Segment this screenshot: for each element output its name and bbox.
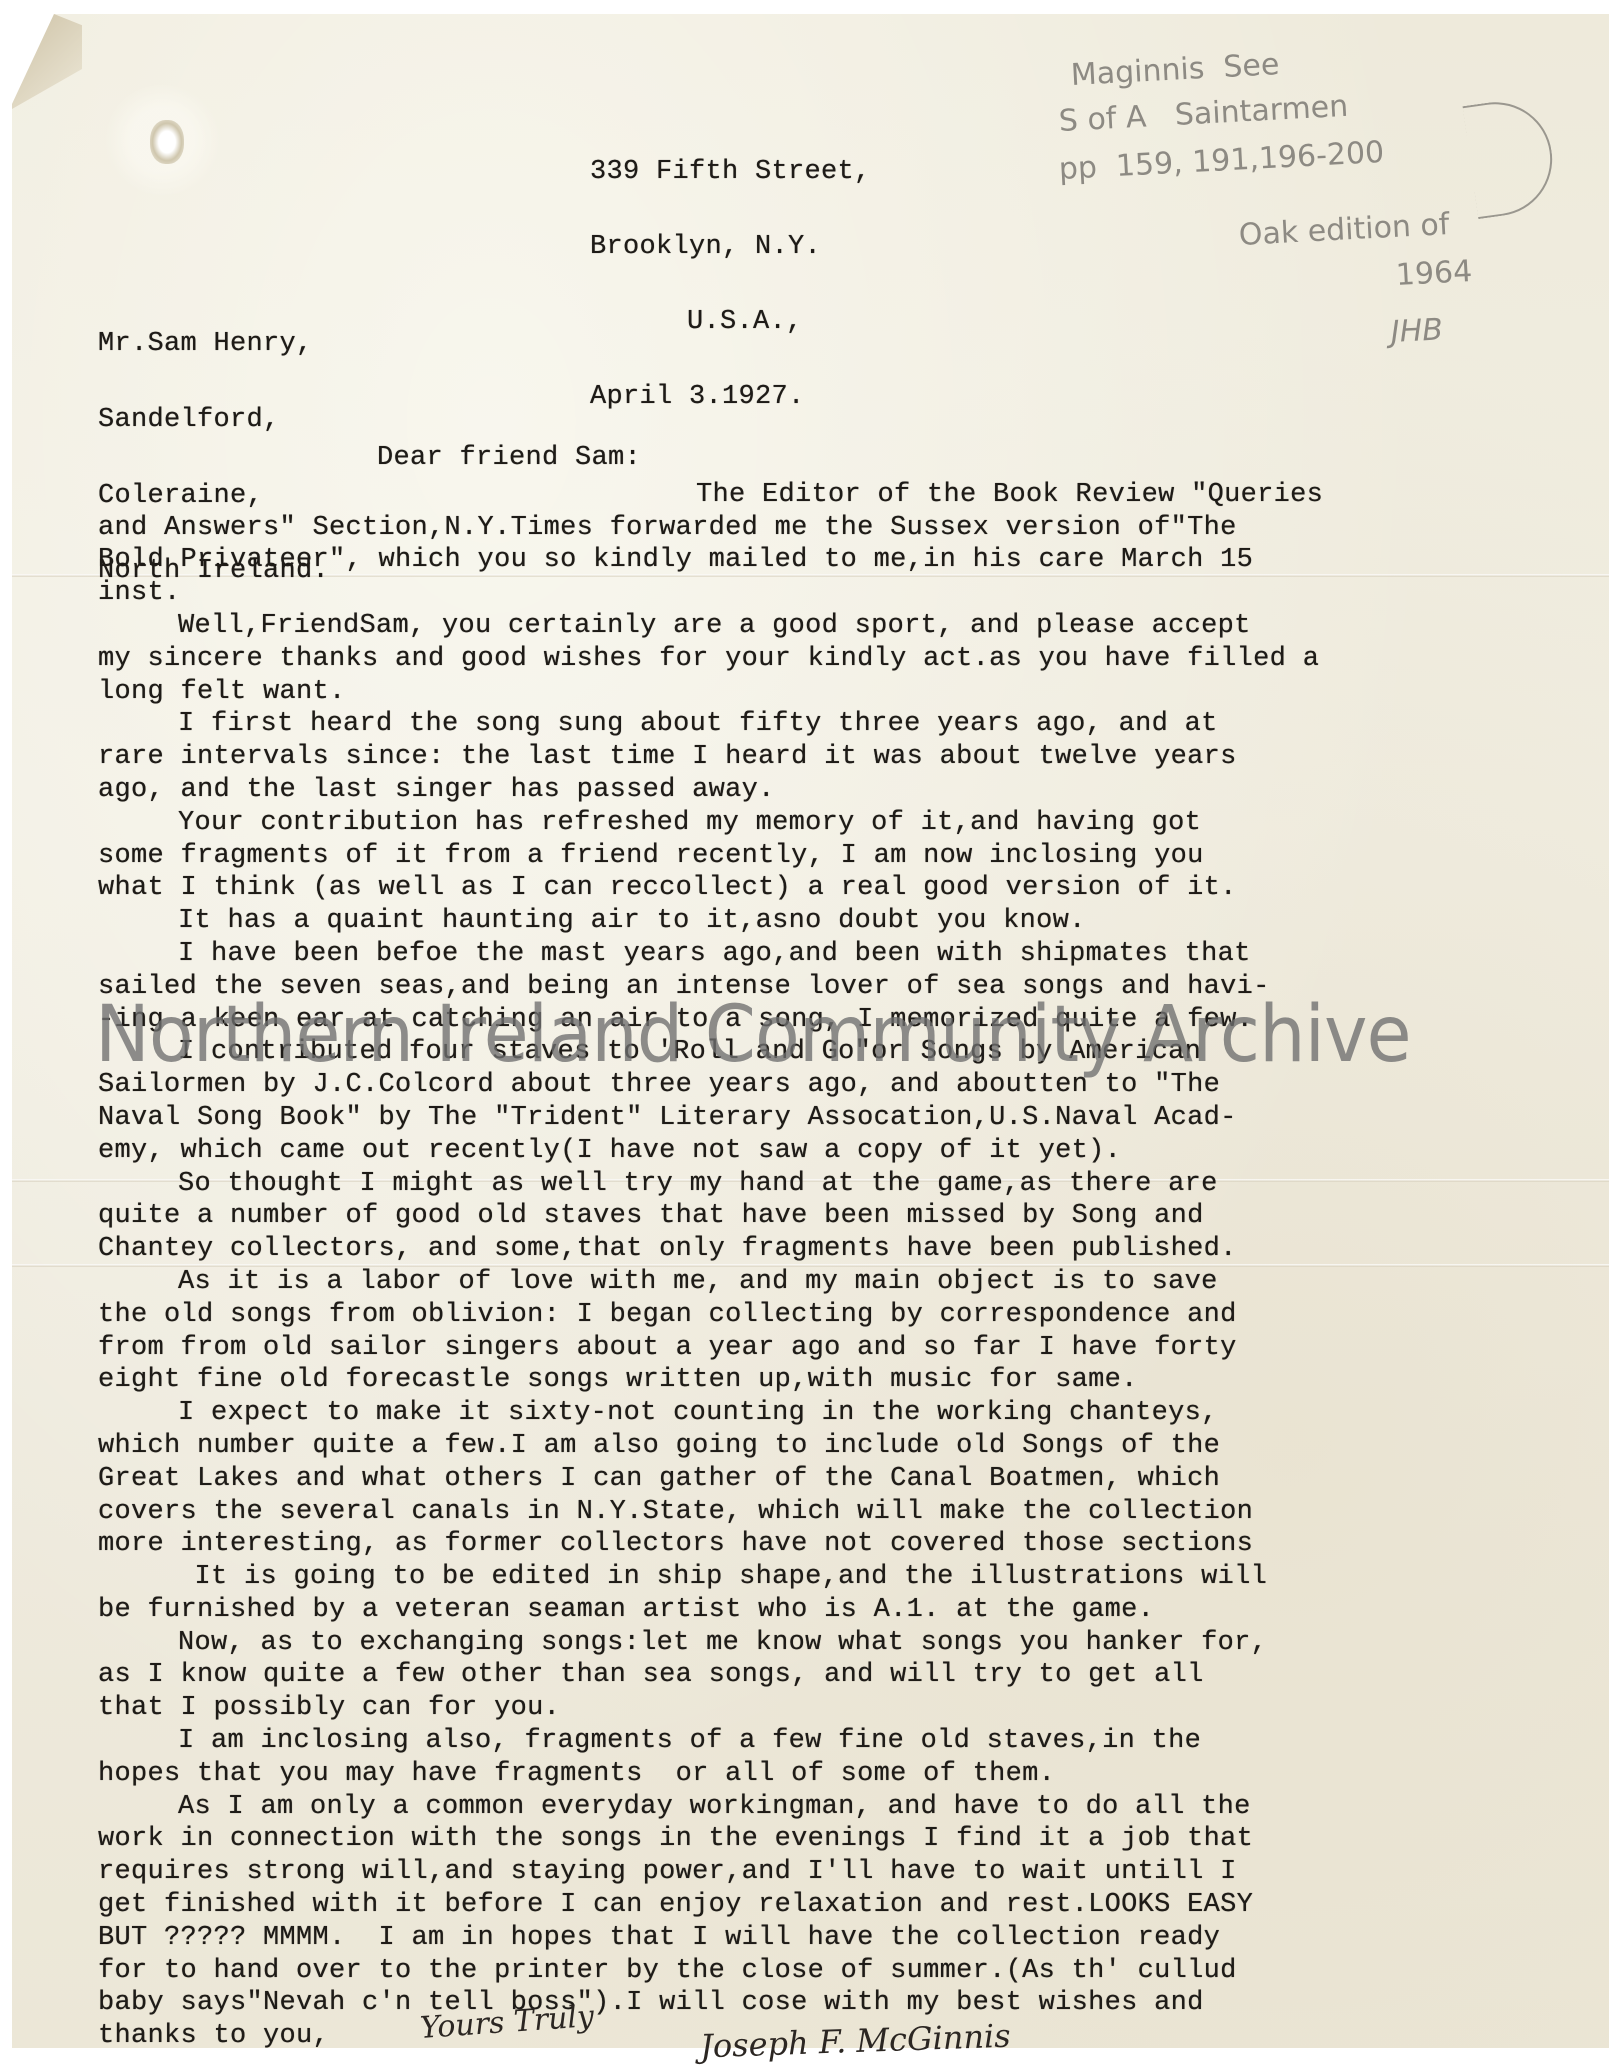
pencil-note-line5: 1964 <box>1395 254 1473 293</box>
body-line: long felt want. <box>98 676 1323 709</box>
body-line: Now, as to exchanging songs:let me know … <box>98 1627 1323 1660</box>
letter-body: The Editor of the Book Review "Queriesan… <box>98 446 1323 2048</box>
archive-watermark: Northern Ireland Community Archive <box>95 990 1411 1080</box>
body-line: some fragments of it from a friend recen… <box>98 840 1323 873</box>
body-line: I am inclosing also, fragments of a few … <box>98 1725 1323 1758</box>
body-line: As I am only a common everyday workingma… <box>98 1791 1323 1824</box>
letter-date: April 3.1927. <box>590 385 871 410</box>
body-line: Bold Privateer", which you so kindly mai… <box>98 544 1323 577</box>
body-line: more interesting, as former collectors h… <box>98 1528 1323 1561</box>
body-line: I expect to make it sixty-not counting i… <box>98 1397 1323 1430</box>
body-line: and Answers" Section,N.Y.Times forwarded… <box>98 512 1323 545</box>
body-line: The Editor of the Book Review "Queries <box>98 479 1323 512</box>
body-line: Naval Song Book" by The "Trident" Litera… <box>98 1102 1323 1135</box>
body-line: requires strong will,and staying power,a… <box>98 1856 1323 1889</box>
body-line: emy, which came out recently(I have not … <box>98 1135 1323 1168</box>
body-line: for to hand over to the printer by the c… <box>98 1955 1323 1988</box>
punch-hole <box>150 120 184 164</box>
body-line: It is going to be edited in ship shape,a… <box>98 1561 1323 1594</box>
body-line: from from old sailor singers about a yea… <box>98 1332 1323 1365</box>
body-line: Great Lakes and what others I can gather… <box>98 1463 1323 1496</box>
body-line: ago, and the last singer has passed away… <box>98 774 1323 807</box>
body-line: inst. <box>98 577 1323 610</box>
body-line: as I know quite a few other than sea son… <box>98 1659 1323 1692</box>
body-line: covers the several canals in N.Y.State, … <box>98 1496 1323 1529</box>
sender-city: Brooklyn, N.Y. <box>590 235 871 260</box>
body-line: baby says"Nevah c'n tell boss").I will c… <box>98 1987 1323 2020</box>
body-line: my sincere thanks and good wishes for yo… <box>98 643 1323 676</box>
body-line: that I possibly can for you. <box>98 1692 1323 1725</box>
body-spacer <box>98 446 1323 479</box>
body-line: It has a quaint haunting air to it,asno … <box>98 905 1323 938</box>
body-line: Chantey collectors, and some,that only f… <box>98 1233 1323 1266</box>
sender-country: U.S.A., <box>590 310 871 335</box>
body-line: get finished with it before I can enjoy … <box>98 1889 1323 1922</box>
body-line: what I think (as well as I can reccollec… <box>98 872 1323 905</box>
body-line: So thought I might as well try my hand a… <box>98 1168 1323 1201</box>
body-line: be furnished by a veteran seaman artist … <box>98 1594 1323 1627</box>
body-line: quite a number of good old staves that h… <box>98 1200 1323 1233</box>
body-line: BUT ????? MMMM. I am in hopes that I wil… <box>98 1922 1323 1955</box>
body-line: I have been befoe the mast years ago,and… <box>98 938 1323 971</box>
body-line: As it is a labor of love with me, and my… <box>98 1266 1323 1299</box>
body-line: which number quite a few.I am also going… <box>98 1430 1323 1463</box>
recipient-name: Mr.Sam Henry, <box>98 332 329 357</box>
sender-address: 339 Fifth Street, Brooklyn, N.Y. U.S.A.,… <box>590 110 871 435</box>
body-line: rare intervals since: the last time I he… <box>98 741 1323 774</box>
pencil-initials: JHB <box>1390 312 1444 350</box>
sender-street: 339 Fifth Street, <box>590 160 871 185</box>
body-line: Well,FriendSam, you certainly are a good… <box>98 610 1323 643</box>
body-line: the old songs from oblivion: I began col… <box>98 1299 1323 1332</box>
body-line: eight fine old forecastle songs written … <box>98 1364 1323 1397</box>
body-line: Your contribution has refreshed my memor… <box>98 807 1323 840</box>
recipient-house: Sandelford, <box>98 408 329 433</box>
body-line: work in connection with the songs in the… <box>98 1823 1323 1856</box>
body-line: I first heard the song sung about fifty … <box>98 708 1323 741</box>
body-line: hopes that you may have fragments or all… <box>98 1758 1323 1791</box>
